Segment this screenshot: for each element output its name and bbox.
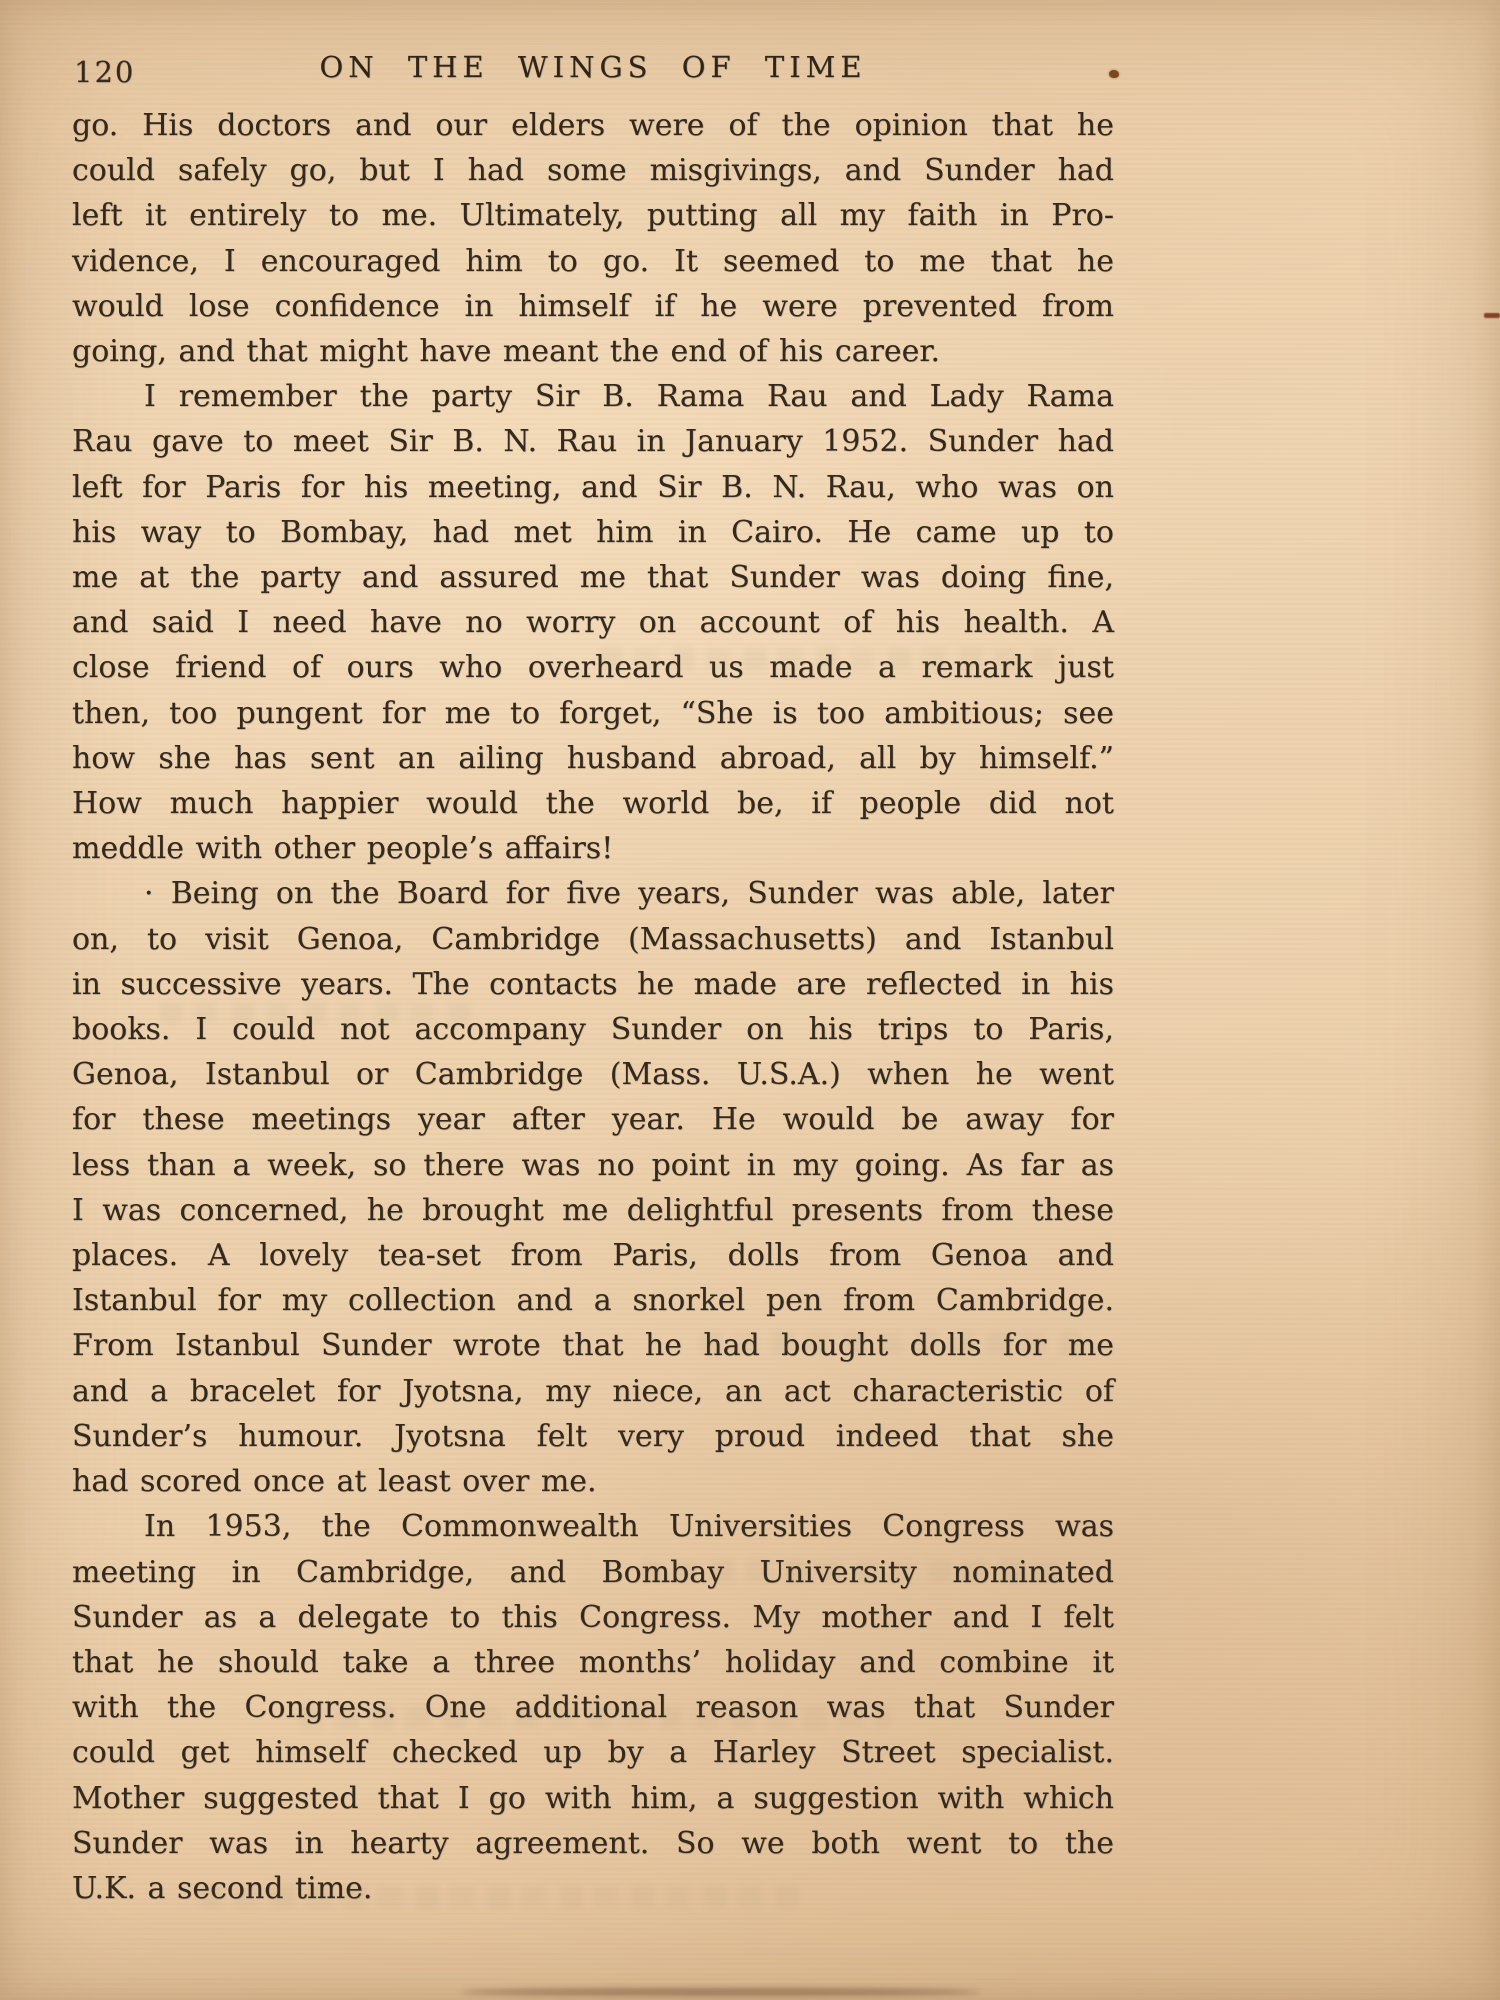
text-line: left it entirely to me. Ultimately, putt…	[72, 193, 1114, 238]
text-line: how she has sent an ailing husband abroa…	[72, 736, 1114, 781]
text-line: How much happier would the world be, if …	[72, 781, 1114, 826]
text-line: and said I need have no worry on account…	[72, 600, 1114, 645]
text-line: meddle with other people’s affairs!	[72, 826, 1114, 871]
text-line: Istanbul for my collection and a snorkel…	[72, 1278, 1114, 1323]
text-line: Genoa, Istanbul or Cambridge (Mass. U.S.…	[72, 1052, 1114, 1097]
text-line: vidence, I encouraged him to go. It seem…	[72, 239, 1114, 284]
text-line: Sunder’s humour. Jyotsna felt very proud…	[72, 1414, 1114, 1459]
text-line: that he should take a three months’ holi…	[72, 1640, 1114, 1685]
text-line: then, too pungent for me to forget, “She…	[72, 691, 1114, 736]
text-line: Sunder as a delegate to this Congress. M…	[72, 1595, 1114, 1640]
text-line: close friend of ours who overheard us ma…	[72, 645, 1114, 690]
text-line: I was concerned, he brought me delightfu…	[72, 1188, 1114, 1233]
text-line: go. His doctors and our elders were of t…	[72, 103, 1114, 148]
text-line: In 1953, the Commonwealth Universities C…	[72, 1504, 1114, 1549]
text-line: · Being on the Board for five years, Sun…	[72, 871, 1114, 916]
text-line: From Istanbul Sunder wrote that he had b…	[72, 1323, 1114, 1368]
page-header: 120 ON THE WINGS OF TIME	[72, 50, 1114, 84]
book-page: 120 ON THE WINGS OF TIME go. His doctors…	[0, 0, 1500, 2000]
text-line: places. A lovely tea-set from Paris, dol…	[72, 1233, 1114, 1278]
text-line: left for Paris for his meeting, and Sir …	[72, 465, 1114, 510]
ink-speck	[1109, 70, 1119, 78]
text-line: could safely go, but I had some misgivin…	[72, 148, 1114, 193]
text-line: going, and that might have meant the end…	[72, 329, 1114, 374]
text-line: with the Congress. One additional reason…	[72, 1685, 1114, 1730]
bottom-edge-smudge	[460, 1988, 980, 1996]
text-line: on, to visit Genoa, Cambridge (Massachus…	[72, 917, 1114, 962]
text-line: me at the party and assured me that Sund…	[72, 555, 1114, 600]
running-title: ON THE WINGS OF TIME	[72, 50, 1114, 84]
text-line: meeting in Cambridge, and Bombay Univers…	[72, 1550, 1114, 1595]
text-line: Sunder was in hearty agreement. So we bo…	[72, 1821, 1114, 1866]
text-line: U.K. a second time.	[72, 1866, 1114, 1911]
text-line: in successive years. The contacts he mad…	[72, 962, 1114, 1007]
page-number: 120	[74, 55, 135, 89]
text-line: Rau gave to meet Sir B. N. Rau in Januar…	[72, 419, 1114, 464]
page-text: go. His doctors and our elders were of t…	[72, 103, 1114, 1911]
text-line: books. I could not accompany Sunder on h…	[72, 1007, 1114, 1052]
text-line: Mother suggested that I go with him, a s…	[72, 1776, 1114, 1821]
red-edge-mark	[1484, 313, 1500, 318]
text-line: would lose confidence in himself if he w…	[72, 284, 1114, 329]
text-line: had scored once at least over me.	[72, 1459, 1114, 1504]
text-line: and a bracelet for Jyotsna, my niece, an…	[72, 1369, 1114, 1414]
text-line: his way to Bombay, had met him in Cairo.…	[72, 510, 1114, 555]
text-line: less than a week, so there was no point …	[72, 1143, 1114, 1188]
text-line: could get himself checked up by a Harley…	[72, 1730, 1114, 1775]
text-line: I remember the party Sir B. Rama Rau and…	[72, 374, 1114, 419]
text-line: for these meetings year after year. He w…	[72, 1097, 1114, 1142]
